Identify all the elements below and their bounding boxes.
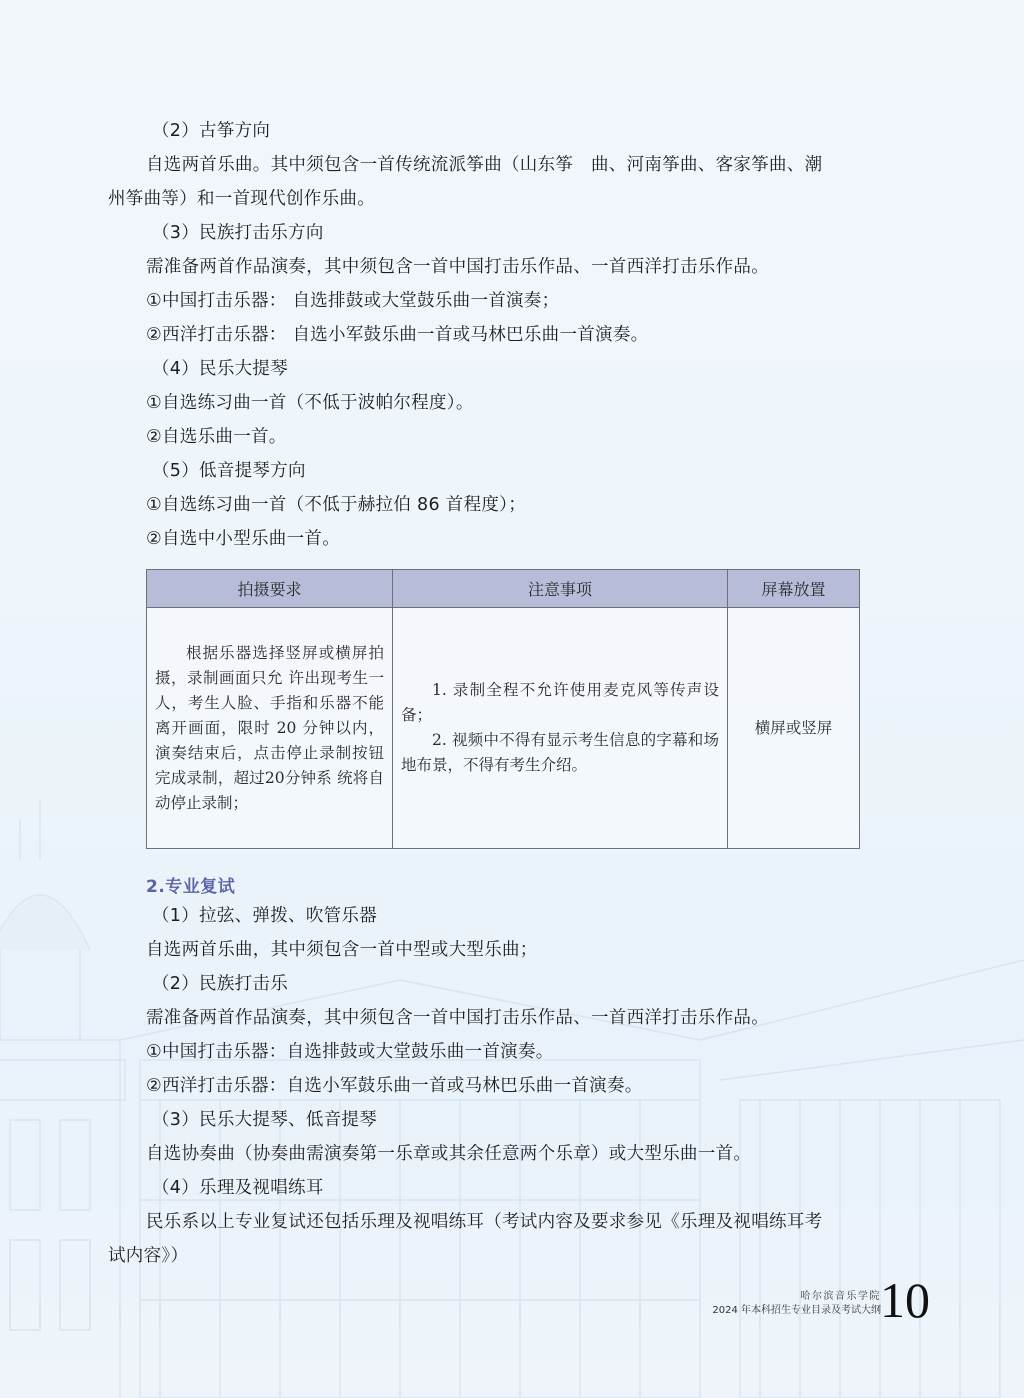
- double-bass-item-etude: ①自选练习曲一首（不低于赫拉伯 86 首程度）；: [146, 494, 526, 516]
- retest-percussion-item-chinese: ①中国打击乐器：自选排鼓或大堂鼓乐曲一首演奏。: [146, 1041, 554, 1063]
- cell-screen-orientation: 横屏或竖屏: [728, 608, 860, 849]
- percussion-title: （3）民族打击乐方向: [152, 222, 324, 244]
- guzheng-body-line1: 自选两首乐曲。其中须包含一首传统流派筝曲（山东筝 曲、河南筝曲、客家筝曲、潮: [146, 154, 822, 176]
- theory-body-line1: 民乐系以上专业复试还包括乐理及视唱练耳（考试内容及要求参见《乐理及视唱练耳考: [146, 1211, 822, 1233]
- strings-body: 自选两首乐曲，其中须包含一首中型或大型乐曲；: [146, 939, 538, 961]
- guzheng-body-line2: 州筝曲等）和一首现代创作乐曲。: [108, 188, 375, 210]
- shooting-requirements-text: 根据乐器选择竖屏或横屏拍摄，录制画面只允 许出现考生一人，考生人脸、手指和乐器不…: [155, 641, 384, 816]
- table-header-row: 拍摄要求 注意事项 屏幕放置: [147, 570, 860, 608]
- page-number: 10: [880, 1272, 930, 1328]
- header-notes: 注意事项: [393, 570, 728, 608]
- theory-body-line2: 试内容》）: [108, 1245, 188, 1267]
- footer-school-name: 哈尔滨音乐学院: [801, 1287, 882, 1302]
- cell-shooting-requirements: 根据乐器选择竖屏或横屏拍摄，录制画面只允 许出现考生一人，考生人脸、手指和乐器不…: [147, 608, 393, 849]
- section-heading-retest: 2.专业复试: [146, 872, 235, 897]
- double-bass-title: （5）低音提琴方向: [152, 460, 306, 482]
- recording-requirements-table: 拍摄要求 注意事项 屏幕放置 根据乐器选择竖屏或横屏拍摄，录制画面只允 许出现考…: [146, 569, 860, 849]
- percussion-body: 需准备两首作品演奏，其中须包含一首中国打击乐作品、一首西洋打击乐作品。: [146, 256, 769, 278]
- cell-notes: 1. 录制全程不允许使用麦克风等传声设备； 2. 视频中不得有显示考生信息的字幕…: [393, 608, 728, 849]
- guzheng-title: （2）古筝方向: [152, 120, 270, 142]
- cello-item-piece: ②自选乐曲一首。: [146, 426, 287, 448]
- header-screen-orientation: 屏幕放置: [728, 570, 860, 608]
- percussion-item-chinese: ①中国打击乐器： 自选排鼓或大堂鼓乐曲一首演奏；: [146, 290, 559, 312]
- table-row: 根据乐器选择竖屏或横屏拍摄，录制画面只允 许出现考生一人，考生人脸、手指和乐器不…: [147, 608, 860, 849]
- strings-title: （1）拉弦、弹拨、吹管乐器: [152, 905, 377, 927]
- retest-percussion-body: 需准备两首作品演奏，其中须包含一首中国打击乐作品、一首西洋打击乐作品。: [146, 1007, 769, 1029]
- retest-cello-bass-body: 自选协奏曲（协奏曲需演奏第一乐章或其余任意两个乐章）或大型乐曲一首。: [146, 1143, 751, 1165]
- theory-title: （4）乐理及视唱练耳: [152, 1177, 324, 1199]
- document-page: （2）古筝方向 自选两首乐曲。其中须包含一首传统流派筝曲（山东筝 曲、河南筝曲、…: [0, 0, 1024, 1398]
- footer-publication-title: 2024 年本科招生专业目录及考试大纲: [712, 1301, 881, 1316]
- cello-item-etude: ①自选练习曲一首（不低于波帕尔程度）。: [146, 392, 474, 414]
- cello-title: （4）民乐大提琴: [152, 358, 288, 380]
- retest-percussion-title: （2）民族打击乐: [152, 973, 288, 995]
- note-item-2: 2. 视频中不得有显示考生信息的字幕和场地布景，不得有考生介绍。: [401, 728, 719, 778]
- percussion-item-western: ②西洋打击乐器： 自选小军鼓乐曲一首或马林巴乐曲一首演奏。: [146, 324, 648, 346]
- retest-cello-bass-title: （3）民乐大提琴、低音提琴: [152, 1109, 377, 1131]
- header-shooting-requirements: 拍摄要求: [147, 570, 393, 608]
- double-bass-item-piece: ②自选中小型乐曲一首。: [146, 528, 340, 550]
- retest-percussion-item-western: ②西洋打击乐器：自选小军鼓乐曲一首或马林巴乐曲一首演奏。: [146, 1075, 643, 1097]
- note-item-1: 1. 录制全程不允许使用麦克风等传声设备；: [401, 678, 719, 728]
